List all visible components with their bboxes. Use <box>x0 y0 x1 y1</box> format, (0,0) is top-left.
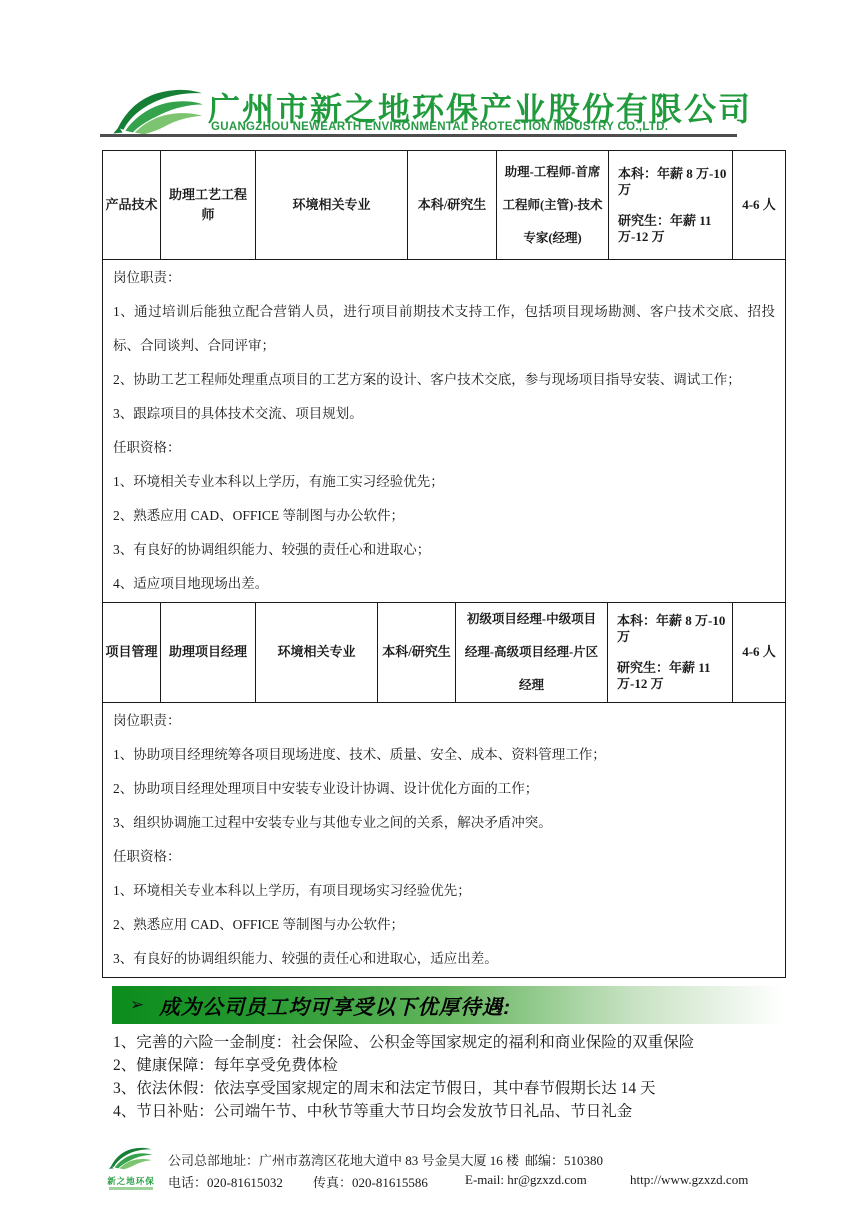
detail-line: 3、跟踪项目的具体技术交流、项目规划。 <box>113 397 775 431</box>
headcount-cell: 4-6 人 <box>733 151 786 260</box>
salary-postgrad: 研究生：年薪 11 万-12 万 <box>617 660 731 692</box>
detail-line: 3、组织协调施工过程中安装专业与其他专业之间的关系，解决矛盾冲突。 <box>113 806 775 840</box>
company-logo-small-icon <box>107 1145 155 1172</box>
footer-logo: 新之地环保 <box>100 1145 162 1190</box>
detail-line: 1、协助项目经理统筹各项目现场进度、技术、质量、安全、成本、资料管理工作； <box>113 738 775 772</box>
job-postings-table: 产品技术 助理工艺工程师 环境相关专业 本科/研究生 助理-工程师-首席工程师(… <box>102 150 785 978</box>
qualifications-title: 任职资格： <box>113 431 775 465</box>
footer-fax: 传真：020-81615586 <box>313 1172 428 1191</box>
education-cell: 本科/研究生 <box>378 602 456 702</box>
benefit-item: 4、节日补贴：公司端午节、中秋节等重大节日均会发放节日礼品、节日礼金 <box>113 1100 845 1123</box>
headcount-cell: 4-6 人 <box>733 602 786 702</box>
company-name-en: GUANGZHOU NEWEARTH ENVIRONMENTAL PROTECT… <box>211 121 668 133</box>
footer-website: http://www.gzxzd.com <box>630 1172 748 1188</box>
position-cell: 助理工艺工程师 <box>161 151 256 260</box>
qualifications-title: 任职资格： <box>113 840 775 874</box>
detail-line: 2、熟悉应用 CAD、OFFICE 等制图与办公软件； <box>113 499 775 533</box>
detail-line: 2、熟悉应用 CAD、OFFICE 等制图与办公软件； <box>113 908 775 942</box>
responsibilities-title: 岗位职责： <box>113 261 775 295</box>
footer-logo-underline <box>109 1187 153 1190</box>
job-detail-cell: 岗位职责： 1、协助项目经理统筹各项目现场进度、技术、质量、安全、成本、资料管理… <box>103 702 786 977</box>
recruitment-document-page: 广州市新之地环保产业股份有限公司 GUANGZHOU NEWEARTH ENVI… <box>0 0 860 1220</box>
footer-email: E-mail: hr@gzxzd.com <box>465 1172 587 1188</box>
table-row: 项目管理 助理项目经理 环境相关专业 本科/研究生 初级项目经理-中级项目经理-… <box>103 602 786 702</box>
job-table-project-mgmt: 项目管理 助理项目经理 环境相关专业 本科/研究生 初级项目经理-中级项目经理-… <box>102 602 786 978</box>
footer-contact-info: 公司总部地址：广州市荔湾区花地大道中 83 号金昊大厦 16 楼 邮编：5103… <box>168 1150 788 1194</box>
salary-cell: 本科：年薪 8 万-10 万 研究生：年薪 11 万-12 万 <box>608 602 733 702</box>
benefits-banner-title: 成为公司员工均可享受以下优厚待遇: <box>159 990 511 1020</box>
footer-phone: 电话：020-81615032 <box>168 1172 283 1191</box>
salary-cell: 本科：年薪 8 万-10 万 研究生：年薪 11 万-12 万 <box>609 151 733 260</box>
position-cell: 助理项目经理 <box>161 602 256 702</box>
table-row: 岗位职责： 1、协助项目经理统筹各项目现场进度、技术、质量、安全、成本、资料管理… <box>103 702 786 977</box>
benefits-banner: ➢ 成为公司员工均可享受以下优厚待遇: <box>112 986 858 1024</box>
footer-logo-text: 新之地环保 <box>100 1177 162 1186</box>
major-cell: 环境相关专业 <box>256 602 378 702</box>
arrow-bullet-icon: ➢ <box>130 995 144 1015</box>
salary-bachelor: 本科：年薪 8 万-10 万 <box>618 166 731 198</box>
company-logo <box>112 84 206 140</box>
career-path-cell: 助理-工程师-首席工程师(主管)-技术专家(经理) <box>497 151 609 260</box>
table-row: 岗位职责： 1、通过培训后能独立配合营销人员，进行项目前期技术支持工作，包括项目… <box>103 260 786 603</box>
salary-bachelor: 本科：年薪 8 万-10 万 <box>617 613 731 645</box>
table-row: 产品技术 助理工艺工程师 环境相关专业 本科/研究生 助理-工程师-首席工程师(… <box>103 151 786 260</box>
department-cell: 项目管理 <box>103 602 161 702</box>
job-detail-cell: 岗位职责： 1、通过培训后能独立配合营销人员，进行项目前期技术支持工作，包括项目… <box>103 260 786 603</box>
department-cell: 产品技术 <box>103 151 161 260</box>
benefits-list: 1、完善的六险一金制度：社会保险、公积金等国家规定的福利和商业保险的双重保险 2… <box>113 1031 845 1123</box>
footer-postal-code: 邮编：510380 <box>525 1150 603 1169</box>
footer-address: 公司总部地址：广州市荔湾区花地大道中 83 号金昊大厦 16 楼 <box>168 1150 519 1169</box>
benefit-item: 1、完善的六险一金制度：社会保险、公积金等国家规定的福利和商业保险的双重保险 <box>113 1031 845 1054</box>
detail-line: 4、适应项目地现场出差。 <box>113 567 775 601</box>
detail-line: 2、协助项目经理处理项目中安装专业设计协调、设计优化方面的工作； <box>113 772 775 806</box>
benefit-item: 2、健康保障：每年享受免费体检 <box>113 1054 845 1077</box>
responsibilities-title: 岗位职责： <box>113 704 775 738</box>
education-cell: 本科/研究生 <box>408 151 497 260</box>
header-divider <box>100 134 737 137</box>
detail-line: 1、通过培训后能独立配合营销人员，进行项目前期技术支持工作，包括项目现场勘测、客… <box>113 295 775 363</box>
benefit-item: 3、依法休假：依法享受国家规定的周末和法定节假日，其中春节假期长达 14 天 <box>113 1077 845 1100</box>
detail-line: 3、有良好的协调组织能力、较强的责任心和进取心； <box>113 533 775 567</box>
salary-postgrad: 研究生：年薪 11 万-12 万 <box>618 213 731 245</box>
job-table-product-tech: 产品技术 助理工艺工程师 环境相关专业 本科/研究生 助理-工程师-首席工程师(… <box>102 150 786 603</box>
detail-line: 1、环境相关专业本科以上学历，有施工实习经验优先； <box>113 465 775 499</box>
major-cell: 环境相关专业 <box>256 151 408 260</box>
detail-line: 1、环境相关专业本科以上学历，有项目现场实习经验优先； <box>113 874 775 908</box>
detail-line: 2、协助工艺工程师处理重点项目的工艺方案的设计、客户技术交底，参与现场项目指导安… <box>113 363 775 397</box>
career-path-cell: 初级项目经理-中级项目经理-高级项目经理-片区经理 <box>456 602 608 702</box>
detail-line: 3、有良好的协调组织能力、较强的责任心和进取心，适应出差。 <box>113 942 775 976</box>
